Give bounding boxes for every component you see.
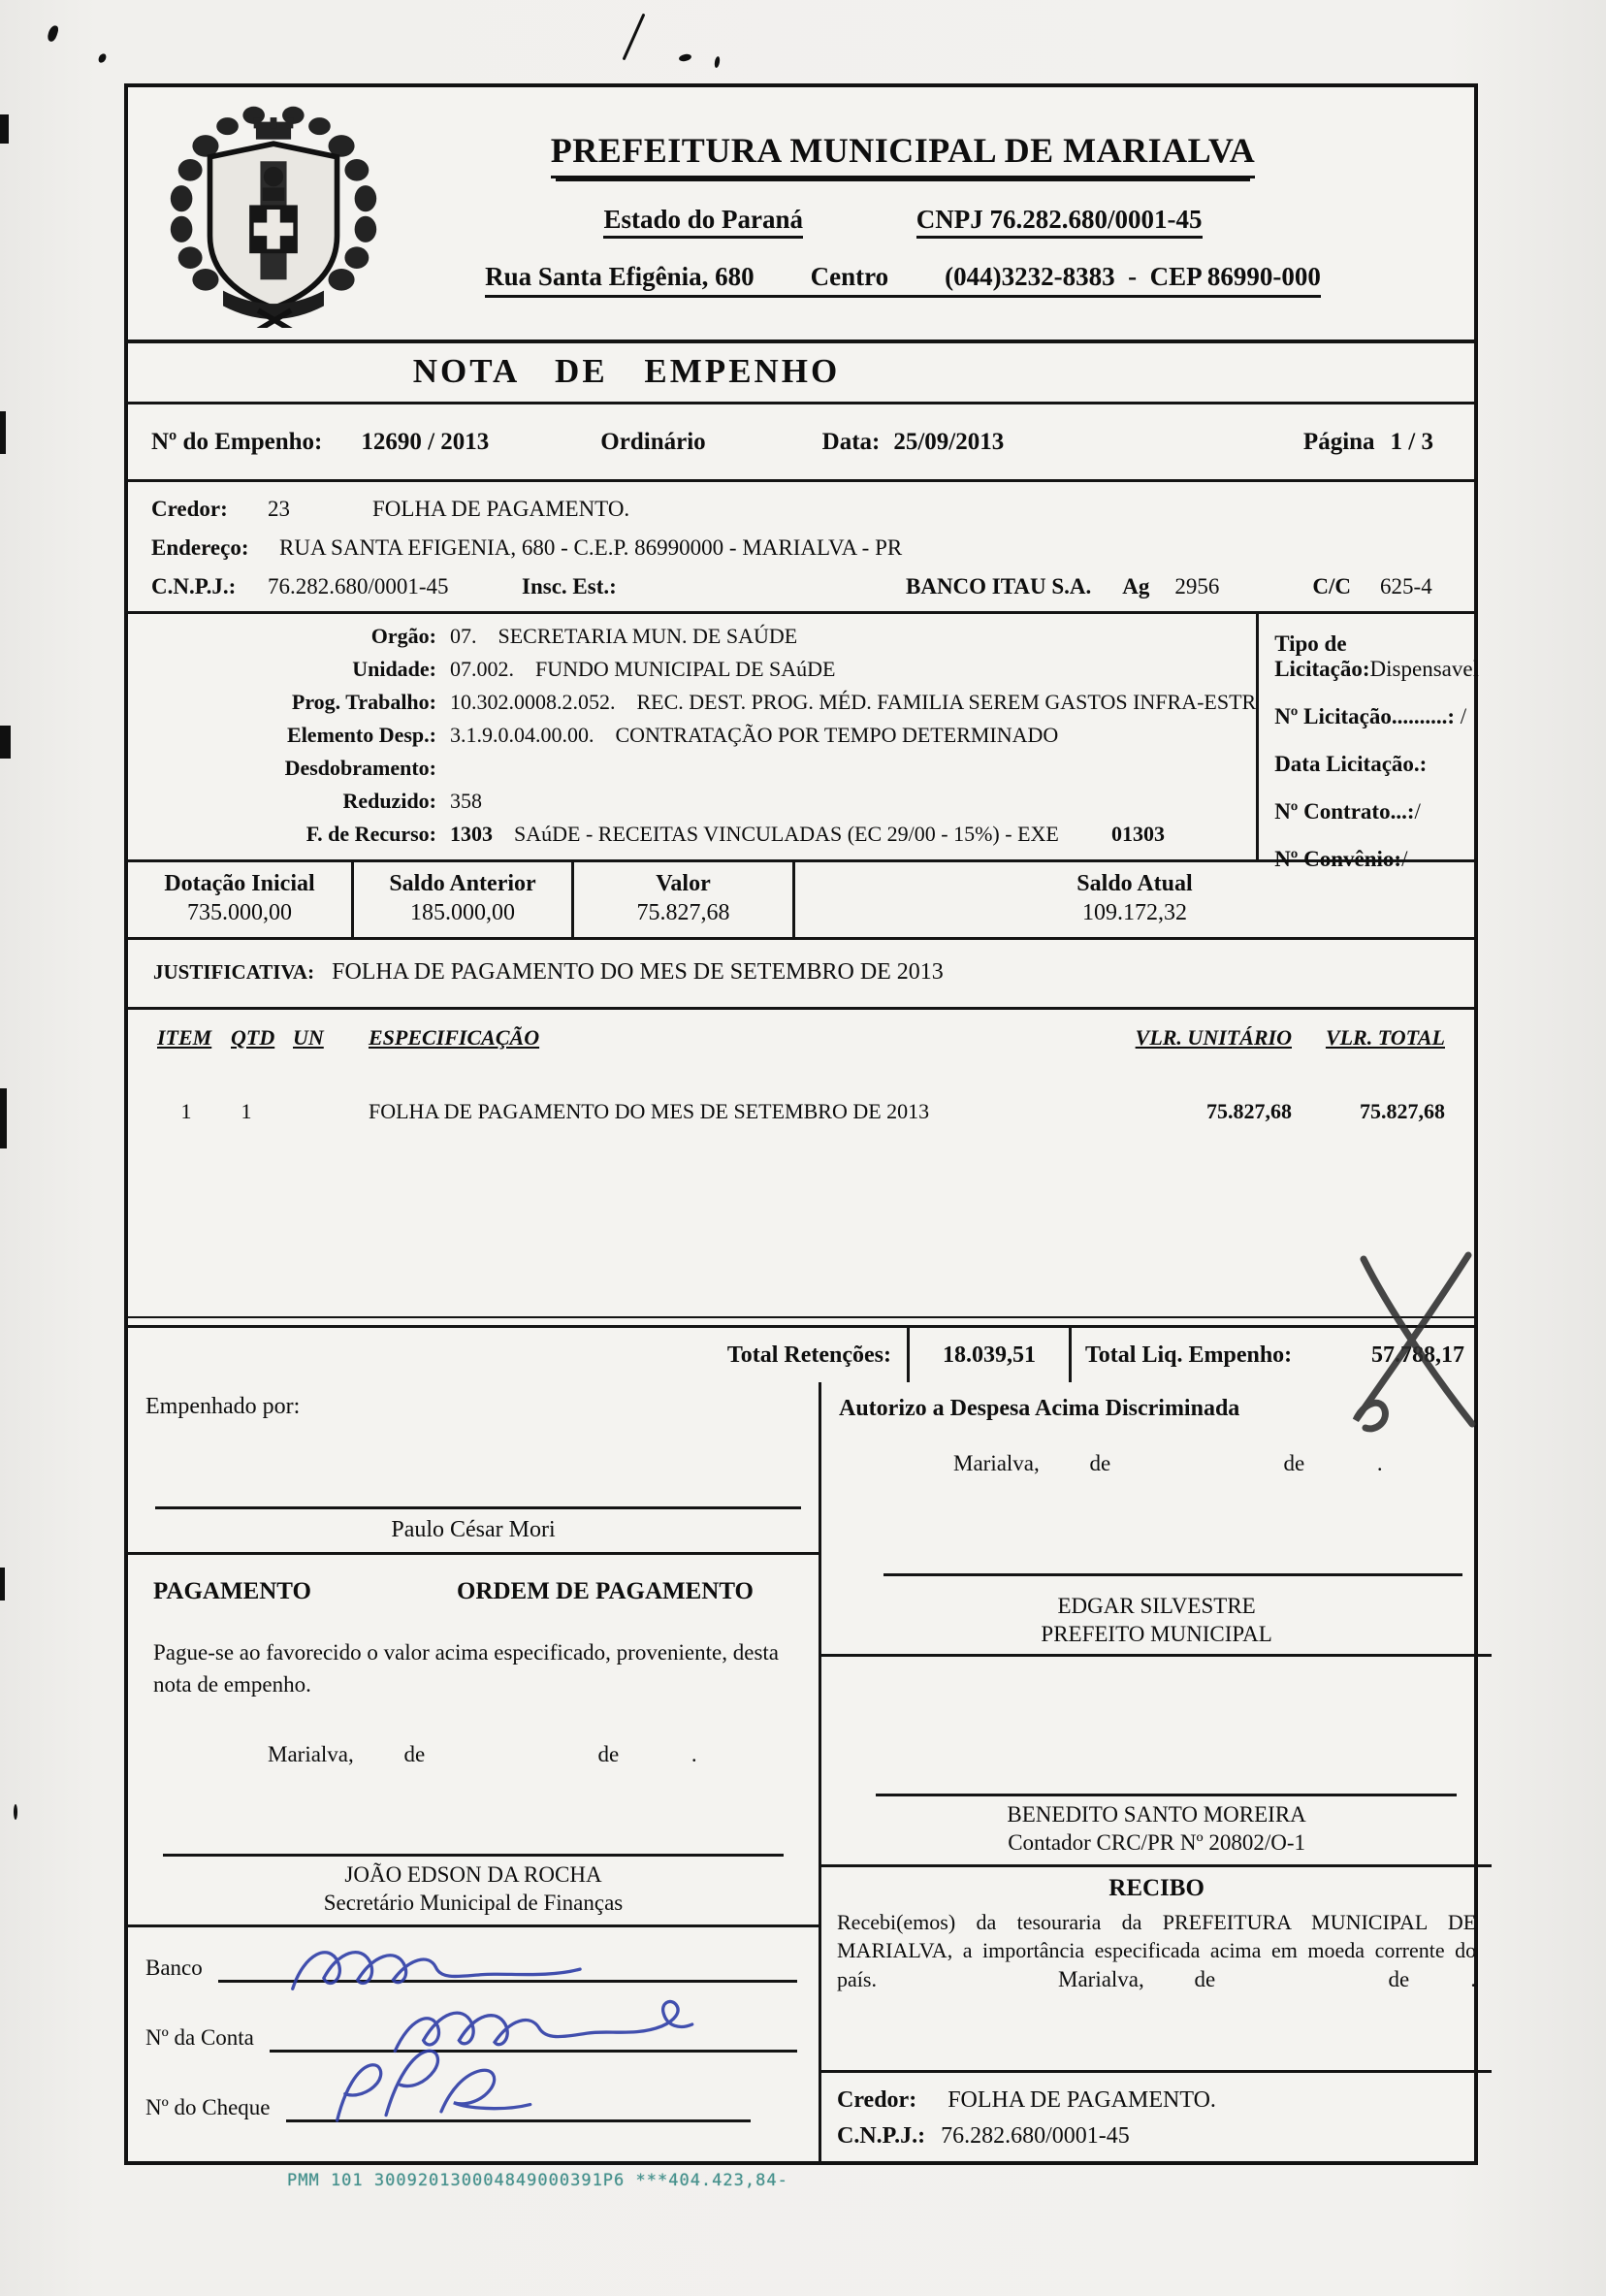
saldo-atual-value: 109.172,32 [795,900,1474,926]
budget-totals-row: Dotação Inicial 735.000,00 Saldo Anterio… [128,862,1474,940]
saldo-anterior-value: 185.000,00 [354,900,571,926]
cheque-fill-line [286,2090,752,2122]
num-contrato-label: Nº Contrato...: [1274,799,1414,824]
scan-artifact [678,53,691,63]
contador-name: BENEDITO SANTO MOREIRA [821,1800,1492,1828]
district: Centro [811,262,889,291]
orgao-fields: Orgão:07.SECRETARIA MUN. DE SAÚDE Unidad… [128,614,1256,859]
cheque-label: Nº do Cheque [145,2095,271,2122]
item-un [277,1099,369,1124]
signatures-grid: Empenhado por: Paulo César Mori PAGAMENT… [128,1382,1474,2164]
fonte-recurso-extra-code: 01303 [1111,822,1165,847]
credor-code: 23 [268,497,372,522]
col-vlr-unitario: VLR. UNITÁRIO [1088,1025,1292,1051]
num-licitacao-label: Nº Licitação..........: [1274,704,1455,728]
empenhado-box: Empenhado por: Paulo César Mori [128,1382,819,1555]
endereco-row: Endereço: RUA SANTA EFIGENIA, 680 - C.E.… [151,529,1474,567]
contador-signature: BENEDITO SANTO MOREIRA Contador CRC/PR N… [821,1800,1492,1857]
header-text-block: PREFEITURA MUNICIPAL DE MARIALVA Estado … [419,130,1474,298]
signature-line [163,1854,784,1857]
recibo-credor-label: Credor: [837,2087,916,2113]
scan-artifact [623,14,646,61]
recibo-box: RECIBO Recebi(emos) da tesouraria da PRE… [821,1867,1492,2073]
saldo-anterior-cell: Saldo Anterior 185.000,00 [354,862,574,937]
document-title: NOTA DE EMPENHO [128,342,1474,404]
recibo-credor-value: FOLHA DE PAGAMENTO. [948,2087,1216,2113]
empenho-number: 12690 / 2013 [361,429,489,456]
contador-box: BENEDITO SANTO MOREIRA Contador CRC/PR N… [821,1657,1492,1866]
scan-artifact [0,114,9,144]
elemento-desp-code: 3.1.9.0.04.00.00. [450,723,594,747]
agency-label: Ag [1122,574,1149,599]
address-line: Rua Santa Efigênia, 680Centro(044)3232-8… [485,262,1321,298]
scanned-nota-de-empenho: { "header": { "title": "PREFEITURA MUNIC… [0,0,1606,2296]
empenho-number-row: Nº do Empenho: 12690 / 2013 Ordinário Da… [128,404,1474,482]
scan-artifact [47,24,60,43]
empenhado-signature-name: Paulo César Mori [128,1516,819,1544]
date-label: Data: [822,429,881,456]
banco-fill-line [218,1951,797,1983]
empenhado-por-label: Empenhado por: [145,1394,300,1420]
finance-secretary-role: Secretário Municipal de Finanças [128,1889,819,1917]
scan-artifact [0,726,11,759]
coat-of-arms-graphic [162,100,385,328]
justificativa-row: JUSTIFICATIVA: FOLHA DE PAGAMENTO DO MES… [128,940,1474,1010]
dotacao-inicial-value: 735.000,00 [128,900,351,926]
orgao-code: 07. [450,624,477,648]
finance-secretary-name: JOÃO EDSON DA ROCHA [128,1860,819,1889]
saldo-atual-label: Saldo Atual [795,871,1474,897]
nota-de-empenho-document: PREFEITURA MUNICIPAL DE MARIALVA Estado … [124,83,1478,2165]
pagamento-box: PAGAMENTO ORDEM DE PAGAMENTO Pague-se ao… [128,1555,819,1927]
credor-name: FOLHA DE PAGAMENTO. [372,497,629,522]
recibo-cnpj-label: C.N.P.J.: [837,2123,925,2149]
contador-role: Contador CRC/PR Nº 20802/O-1 [821,1828,1492,1857]
licitacao-panel: Tipo de Licitação:Dispensavel Nº Licitaç… [1256,614,1485,859]
cnpj-value: 76.282.680/0001-45 [268,574,522,599]
total-retencoes-label: Total Retenções: [727,1342,891,1369]
col-especificacao: ESPECIFICAÇÃO [369,1025,1088,1051]
total-retencoes-value: 18.039,51 [943,1342,1036,1369]
account-label: C/C [1312,574,1351,599]
item-qtd: 1 [215,1099,277,1124]
empenho-number-label: Nº do Empenho: [151,429,322,456]
valor-value: 75.827,68 [574,900,792,926]
fonte-recurso-code: 1303 [450,822,493,846]
desdobramento-label: Desdobramento: [128,756,436,781]
cnpj-header: CNPJ 76.282.680/0001-45 [916,205,1203,239]
reduzido-code: 358 [450,789,482,813]
pagamento-title: PAGAMENTO [153,1578,311,1605]
credor-row: Credor: 23 FOLHA DE PAGAMENTO. [151,490,1474,529]
prog-trabalho-desc: REC. DEST. PROG. MÉD. FAMILIA SEREM GAST… [637,690,1257,714]
phone-cep: (044)3232-8383 - CEP 86990-000 [945,262,1321,291]
unidade-desc: FUNDO MUNICIPAL DE SAúDE [535,657,835,681]
document-header: PREFEITURA MUNICIPAL DE MARIALVA Estado … [128,87,1474,342]
handwritten-x-mark [1342,1249,1488,1439]
items-header-row: ITEM QTD UN ESPECIFICAÇÃO VLR. UNITÁRIO … [157,1025,1445,1051]
bank-name: BANCO ITAU S.A. [906,574,1091,599]
item-especificacao: FOLHA DE PAGAMENTO DO MES DE SETEMBRO DE… [369,1099,1088,1124]
unidade-label: Unidade: [128,657,436,682]
bank-details-box: Banco Nº da Conta Nº do Cheque [128,1927,819,2164]
mayor-signature: EDGAR SILVESTRE PREFEITO MUNICIPAL [821,1592,1492,1648]
endereco-value: RUA SANTA EFIGENIA, 680 - C.E.P. 8699000… [279,535,902,561]
recibo-cnpj-value: 76.282.680/0001-45 [941,2123,1130,2149]
elemento-desp-desc: CONTRATAÇÃO POR TEMPO DETERMINADO [616,723,1059,747]
prog-trabalho-label: Prog. Trabalho: [128,690,436,715]
signature-line [155,1506,801,1509]
items-table: ITEM QTD UN ESPECIFICAÇÃO VLR. UNITÁRIO … [128,1010,1474,1318]
item-number: 1 [157,1099,215,1124]
street: Rua Santa Efigênia, 680 [485,262,755,291]
fonte-recurso-desc: SAúDE - RECEITAS VINCULADAS (EC 29/00 - … [514,822,1059,846]
signature-line [883,1573,1462,1576]
conta-fill-line [270,2021,797,2053]
tipo-licitacao-label: Tipo de Licitação: [1274,631,1369,681]
valor-cell: Valor 75.827,68 [574,862,795,937]
account-number: 625-4 [1380,574,1432,599]
reduzido-label: Reduzido: [128,789,436,814]
item-vlr-total: 75.827,68 [1292,1099,1445,1124]
mayor-role: PREFEITO MUNICIPAL [821,1620,1492,1648]
recibo-city-date-line: Marialva, de de . [837,1967,1476,1992]
col-un: UN [293,1025,369,1051]
orgao-desc: SECRETARIA MUN. DE SAÚDE [498,624,798,648]
finance-secretary-signature: JOÃO EDSON DA ROCHA Secretário Municipal… [128,1860,819,1917]
empenho-type: Ordinário [600,429,705,456]
saldo-atual-cell: Saldo Atual 109.172,32 [795,862,1474,937]
scan-artifact [0,1568,5,1601]
orgao-label: Orgão: [128,624,436,649]
col-qtd: QTD [231,1025,293,1051]
scan-artifact [0,411,6,454]
mayor-name: EDGAR SILVESTRE [821,1592,1492,1620]
recibo-title: RECIBO [837,1875,1476,1902]
num-licitacao-value: / [1455,704,1466,728]
page-number: 1 / 3 [1391,429,1433,456]
credor-section: Credor: 23 FOLHA DE PAGAMENTO. Endereço:… [128,482,1474,614]
credor-label: Credor: [151,497,268,522]
endereco-label: Endereço: [151,535,279,561]
prefeitura-title: PREFEITURA MUNICIPAL DE MARIALVA [551,130,1255,178]
justificativa-text: FOLHA DE PAGAMENTO DO MES DE SETEMBRO DE… [332,959,944,985]
col-item: ITEM [157,1025,231,1051]
valor-label: Valor [574,871,792,897]
agency-number: 2956 [1174,574,1219,599]
item-row: 1 1 FOLHA DE PAGAMENTO DO MES DE SETEMBR… [157,1099,1445,1124]
scan-artifact [714,56,721,69]
insc-est-label: Insc. Est.: [522,574,906,599]
dot-matrix-print-line: PMM 101 300920130004849000391P6 ***404.4… [287,2171,788,2190]
data-licitacao-label: Data Licitação.: [1274,752,1427,776]
saldo-anterior-label: Saldo Anterior [354,871,571,897]
unidade-code: 07.002. [450,657,514,681]
state-label: Estado do Paraná [603,205,803,239]
scan-artifact [0,1088,7,1148]
total-liq-empenho-label: Total Liq. Empenho: [1085,1342,1292,1369]
scan-artifact [14,1804,17,1820]
recibo-credor-footer: Credor: FOLHA DE PAGAMENTO. C.N.P.J.: 76… [821,2073,1492,2164]
tipo-licitacao-value: Dispensavel [1370,657,1479,681]
conta-label: Nº da Conta [145,2025,254,2053]
dotacao-inicial-cell: Dotação Inicial 735.000,00 [128,862,354,937]
cnpj-row: C.N.P.J.: 76.282.680/0001-45 Insc. Est.:… [151,567,1474,606]
col-vlr-total: VLR. TOTAL [1292,1025,1445,1051]
dotacao-inicial-label: Dotação Inicial [128,871,351,897]
date-value: 25/09/2013 [893,429,1004,456]
item-vlr-unitario: 75.827,68 [1088,1099,1292,1124]
cnpj-label: C.N.P.J.: [151,574,268,599]
fonte-recurso-label: F. de Recurso: [128,822,436,847]
ordem-pagamento-title: ORDEM DE PAGAMENTO [457,1578,754,1605]
pagamento-city-date-line: Marialva, de de . [153,1742,793,1767]
municipal-coat-of-arms [128,100,419,328]
page-label: Página [1303,429,1375,456]
banco-label: Banco [145,1956,203,1983]
autorizo-city-date-line: Marialva, de de . [839,1451,1474,1476]
elemento-desp-label: Elemento Desp.: [128,723,436,748]
orgao-licitacao-section: Orgão:07.SECRETARIA MUN. DE SAÚDE Unidad… [128,614,1474,862]
scan-artifact [97,52,108,64]
num-contrato-value: / [1414,799,1420,824]
signature-line [876,1794,1457,1796]
prog-trabalho-code: 10.302.0008.2.052. [450,690,616,714]
retencoes-row: Total Retenções: 18.039,51 Total Liq. Em… [128,1325,1474,1382]
justificativa-label: JUSTIFICATIVA: [153,960,314,984]
pagamento-body-text: Pague-se ao favorecido o valor acima esp… [153,1636,793,1701]
